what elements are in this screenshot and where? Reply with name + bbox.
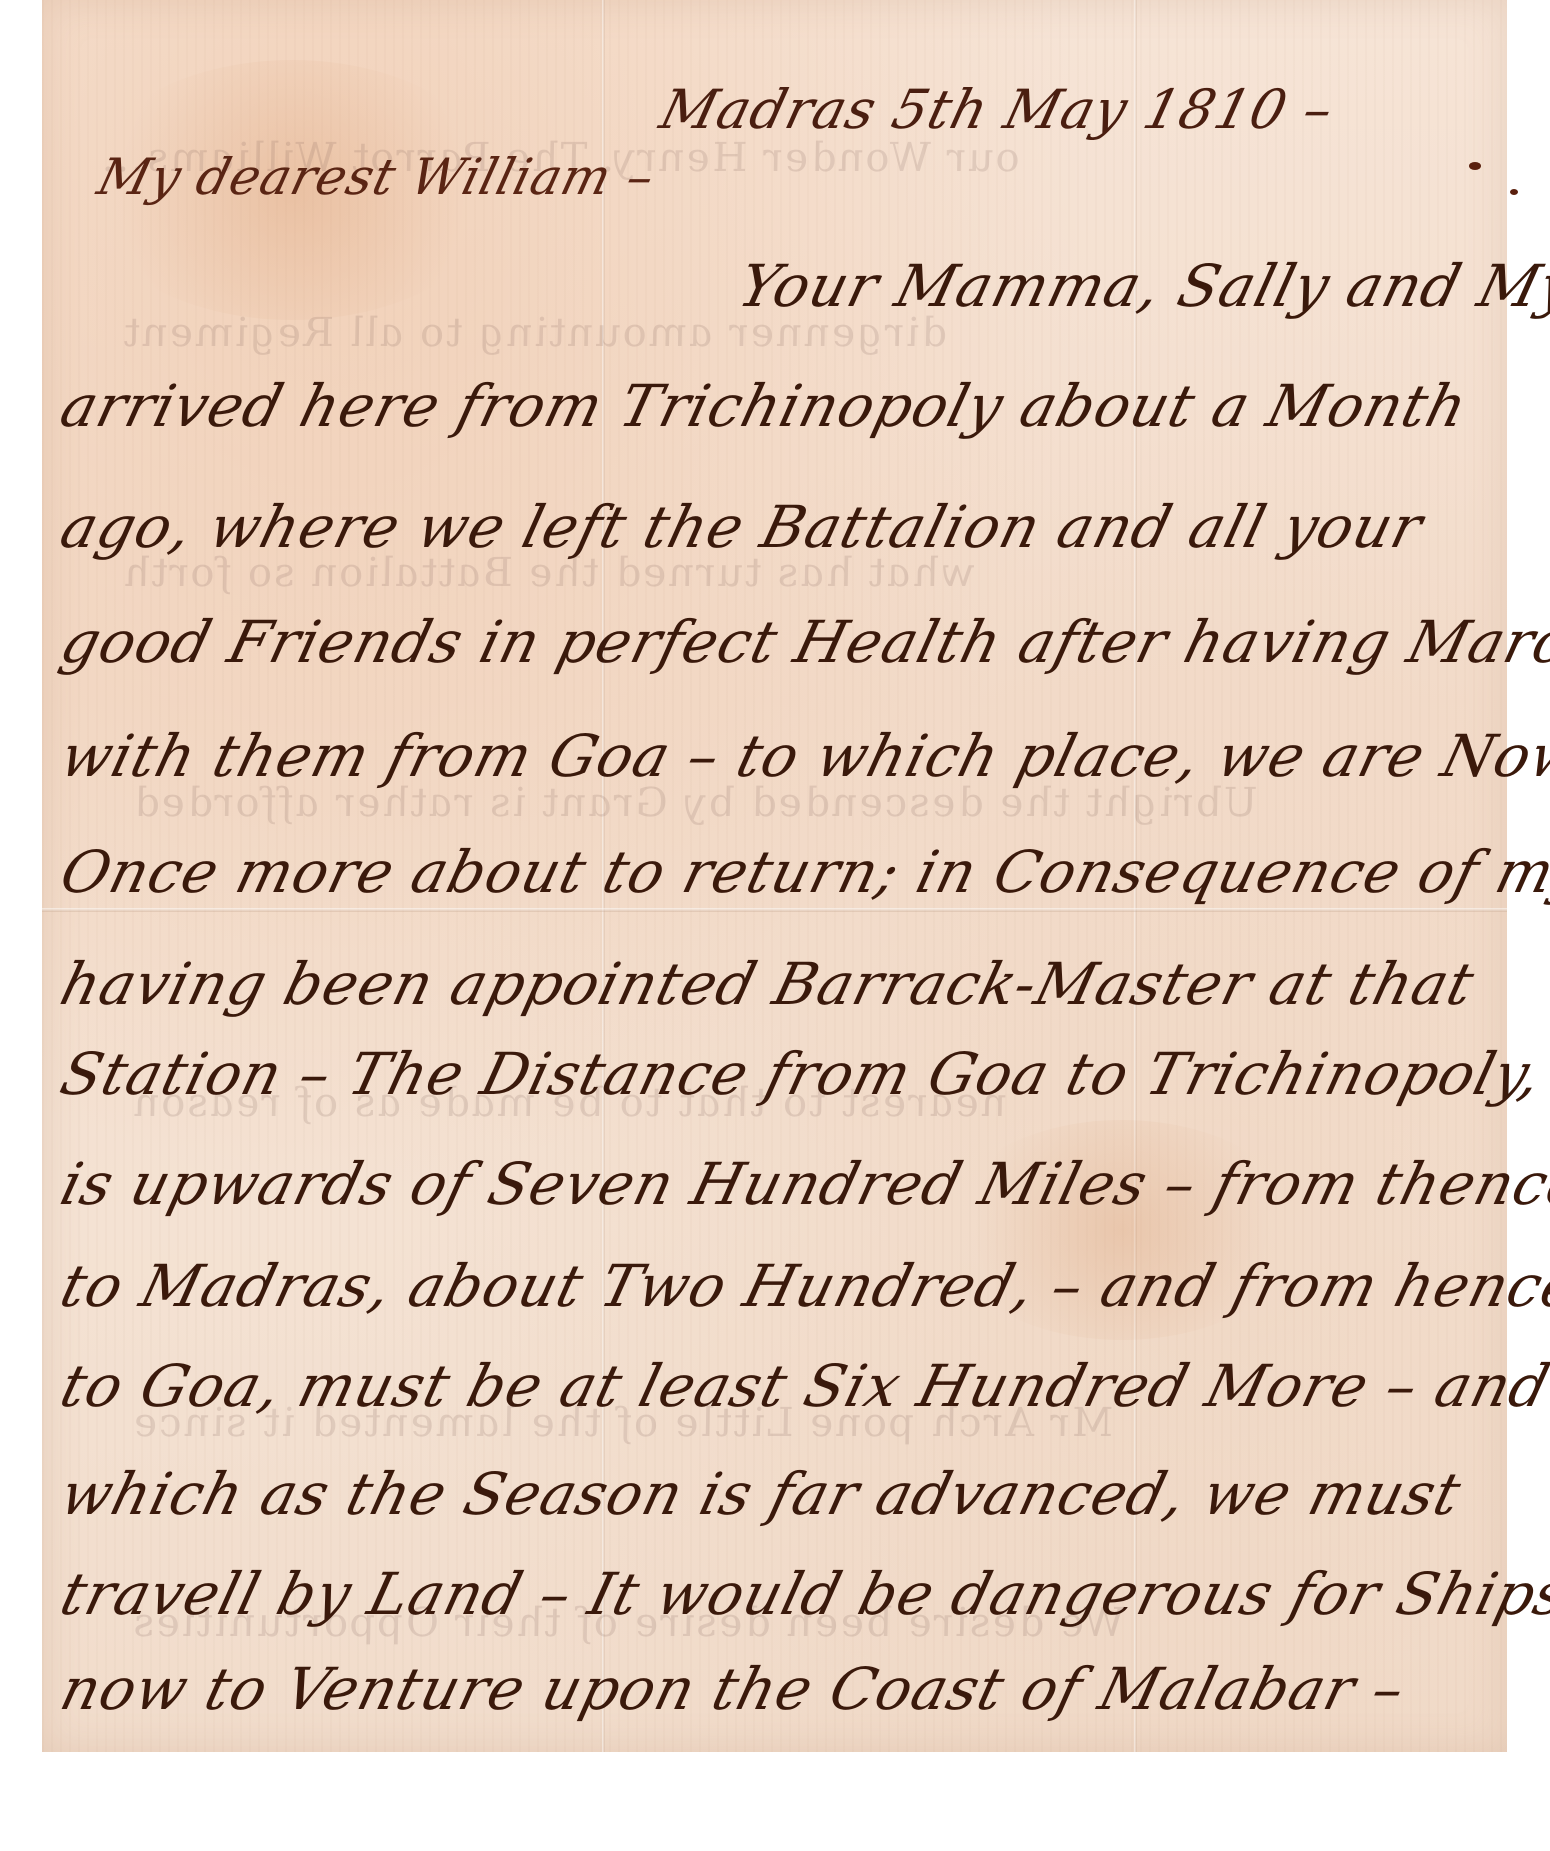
letter-line: is upwards of Seven Hundred Miles – from… bbox=[54, 1150, 1550, 1218]
letter-line: Once more about to return; in Consequenc… bbox=[54, 838, 1550, 906]
letter-line: to Madras, about Two Hundred, – and from… bbox=[54, 1252, 1550, 1320]
ink-blot bbox=[1510, 189, 1518, 195]
letter-line: which as the Season is far advanced, we … bbox=[54, 1460, 1468, 1528]
letter-line: Your Mamma, Sally and Myself, bbox=[732, 252, 1550, 320]
letter-line: travell by Land – It would be dangerous … bbox=[54, 1560, 1550, 1628]
ink-blot bbox=[1469, 162, 1481, 170]
letter-line: ago, where we left the Battalion and all… bbox=[54, 493, 1430, 561]
letter-line: arrived here from Trichinopoly about a M… bbox=[54, 372, 1474, 440]
letter-line: Station – The Distance from Goa to Trich… bbox=[54, 1040, 1549, 1108]
letter-dateline: Madras 5th May 1810 – bbox=[654, 78, 1340, 141]
horizontal-fold-line bbox=[42, 908, 1507, 912]
letter-line: now to Venture upon the Coast of Malabar… bbox=[54, 1655, 1412, 1723]
letter-line: good Friends in perfect Health after hav… bbox=[54, 608, 1550, 676]
letter-line: with them from Goa – to which place, we … bbox=[54, 722, 1550, 790]
letter-line: to Goa, must be at least Six Hundred Mor… bbox=[54, 1352, 1550, 1420]
letter-line: having been appointed Barrack-Master at … bbox=[54, 950, 1481, 1018]
letter-salutation: My dearest William – bbox=[92, 148, 661, 206]
letter-page: our Wonder Henry. The Parrot Williams...… bbox=[42, 0, 1507, 1752]
